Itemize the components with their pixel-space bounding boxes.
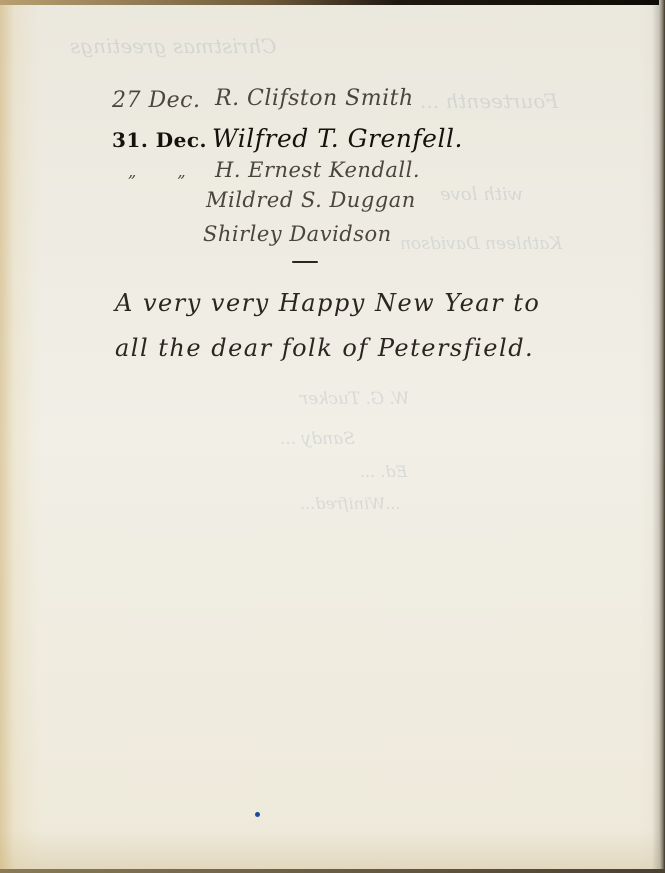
show-through-text: Christmas greetings: [70, 34, 276, 58]
show-through-text: Ed. ...: [360, 462, 407, 481]
show-through-text: Kathleen Davidson: [400, 234, 562, 254]
page-top-edge: [0, 0, 665, 5]
message-line-2: all the dear folk of Petersfield.: [115, 334, 534, 362]
show-through-text: Fourteenth ...: [420, 89, 558, 113]
entry-signature: Wilfred T. Grenfell.: [212, 124, 463, 153]
blue-ink-mark: [255, 812, 260, 817]
scanned-page: Christmas greetings Fourteenth ... with …: [0, 4, 660, 869]
show-through-text: W. G. Tucker: [300, 389, 409, 409]
show-through-text: with love: [440, 184, 523, 205]
show-through-text: ...Winifred...: [300, 494, 401, 513]
entry-signature: H. Ernest Kendall.: [215, 158, 420, 182]
entry-signature: Shirley Davidson: [203, 222, 392, 246]
show-through-text: Sandy ...: [280, 429, 355, 449]
separator-line: [292, 261, 318, 263]
message-line-1: A very very Happy New Year to: [115, 289, 540, 317]
entry-signature: Mildred S. Duggan: [206, 188, 416, 212]
page-bottom-edge: [0, 869, 665, 873]
entry-signature: R. Clifston Smith: [215, 86, 414, 111]
entry-date: „ „: [128, 162, 204, 181]
page-right-edge: [659, 0, 665, 873]
entry-date: 31. Dec.: [112, 128, 207, 152]
entry-date: 27 Dec.: [112, 88, 200, 113]
